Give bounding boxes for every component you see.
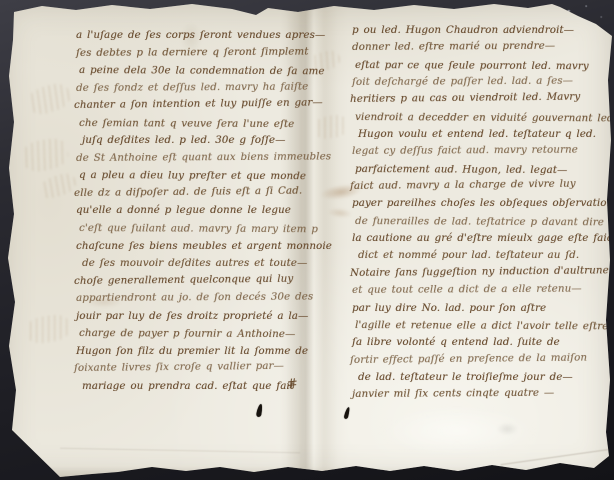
handwritten-line: Notaire ſans ſuggeſtion ny induction d'a…	[350, 262, 602, 282]
ink-bleedthrough	[24, 312, 72, 345]
handwritten-line: donner led. eſtre marié ou prendre—	[352, 38, 604, 57]
paper-highlight	[352, 396, 562, 466]
ink-spot	[256, 404, 263, 418]
handwritten-line: mariage ou prendra cad. eſtat que fait	[82, 378, 316, 396]
handwritten-line: ſes debtes p la derniere q ſeront ſimple…	[76, 43, 310, 62]
ink-bleedthrough	[19, 136, 70, 175]
handwritten-line: et que tout celle a dict de a elle reten…	[352, 281, 604, 300]
handwritten-line: che ſemian tant q veuve ſera l'une eſte	[79, 115, 313, 134]
handwritten-line: janvier mil ſix cents cinqte quatre —	[352, 385, 604, 404]
handwritten-line: payer pareilhes choſes les obſeques obſe…	[352, 195, 604, 212]
paper-crease	[60, 448, 300, 454]
handwritten-line: l'agille et retenue elle a dict l'avoir …	[355, 317, 607, 336]
handwritten-line: juſq deſdites led. p led. 30e g foſſe—	[82, 132, 316, 150]
handwritten-line: qu'elle a donné p legue donne le legue	[76, 202, 310, 220]
right-page: p ou led. Hugon Chaudron adviendroit—don…	[352, 22, 604, 404]
handwritten-line: par luy dire No. lad. pour ſon aſtre	[352, 300, 604, 317]
handwritten-line: elle dz a diſpoſer ad. de ſuis eſt a ſi …	[74, 182, 308, 202]
handwritten-line: heritiers p au cas ou viendroit led. Mav…	[350, 89, 602, 109]
handwritten-line: ſortir effect paſſé en preſence de la ma…	[350, 349, 602, 369]
handwritten-line: de funerailles de lad. teſtatrice p dava…	[355, 213, 607, 232]
handwritten-line: charge de payer p fournir a Anthoine—	[79, 325, 313, 344]
manuscript-paper: a l'uſage de ſes corps ſeront vendues ap…	[0, 0, 614, 480]
handwritten-line: faict aud. mavry a la charge de vivre lu…	[350, 175, 602, 195]
handwritten-line: legat cy deſſus faict aud. mavry retourn…	[352, 142, 604, 161]
end-of-text-mark: #	[286, 376, 298, 392]
handwritten-line: de St Anthoine eſt quant aux biens immeu…	[76, 148, 310, 167]
handwritten-line: viendroit a decedder en viduité gouverna…	[355, 109, 607, 128]
handwritten-line: chanter a ſon intention et luy puiſſe en…	[74, 95, 308, 115]
handwritten-line: appartiendront au jo. de ſon decés 30e d…	[76, 289, 310, 308]
ink-spot	[344, 407, 351, 420]
handwritten-line: la cautione au gré d'eſtre mieulx gage e…	[352, 230, 604, 247]
ink-bleedthrough	[25, 80, 73, 118]
handwritten-line: c'eſt que ſuilant aud. mavry ſa mary ite…	[79, 220, 313, 239]
ink-bleedthrough	[38, 170, 79, 201]
handwritten-line: choſe generallement quelconque qui luy	[74, 270, 308, 290]
handwritten-line: jouir par luy de ſes droitz proprieté a …	[76, 308, 310, 326]
handwritten-line: de lad. teſtateur le troiſieſme jour de—	[358, 369, 610, 386]
manuscript-scan: a l'uſage de ſes corps ſeront vendues ap…	[0, 0, 614, 480]
left-page: a l'uſage de ſes corps ſeront vendues ap…	[76, 27, 310, 395]
handwritten-line: a l'uſage de ſes corps ſeront vendues ap…	[76, 27, 310, 45]
handwritten-line: chaſcune ſes biens meubles et argent mon…	[76, 238, 310, 256]
handwritten-line: ſoixante livres ſix croſe q vallier par—	[74, 358, 308, 378]
